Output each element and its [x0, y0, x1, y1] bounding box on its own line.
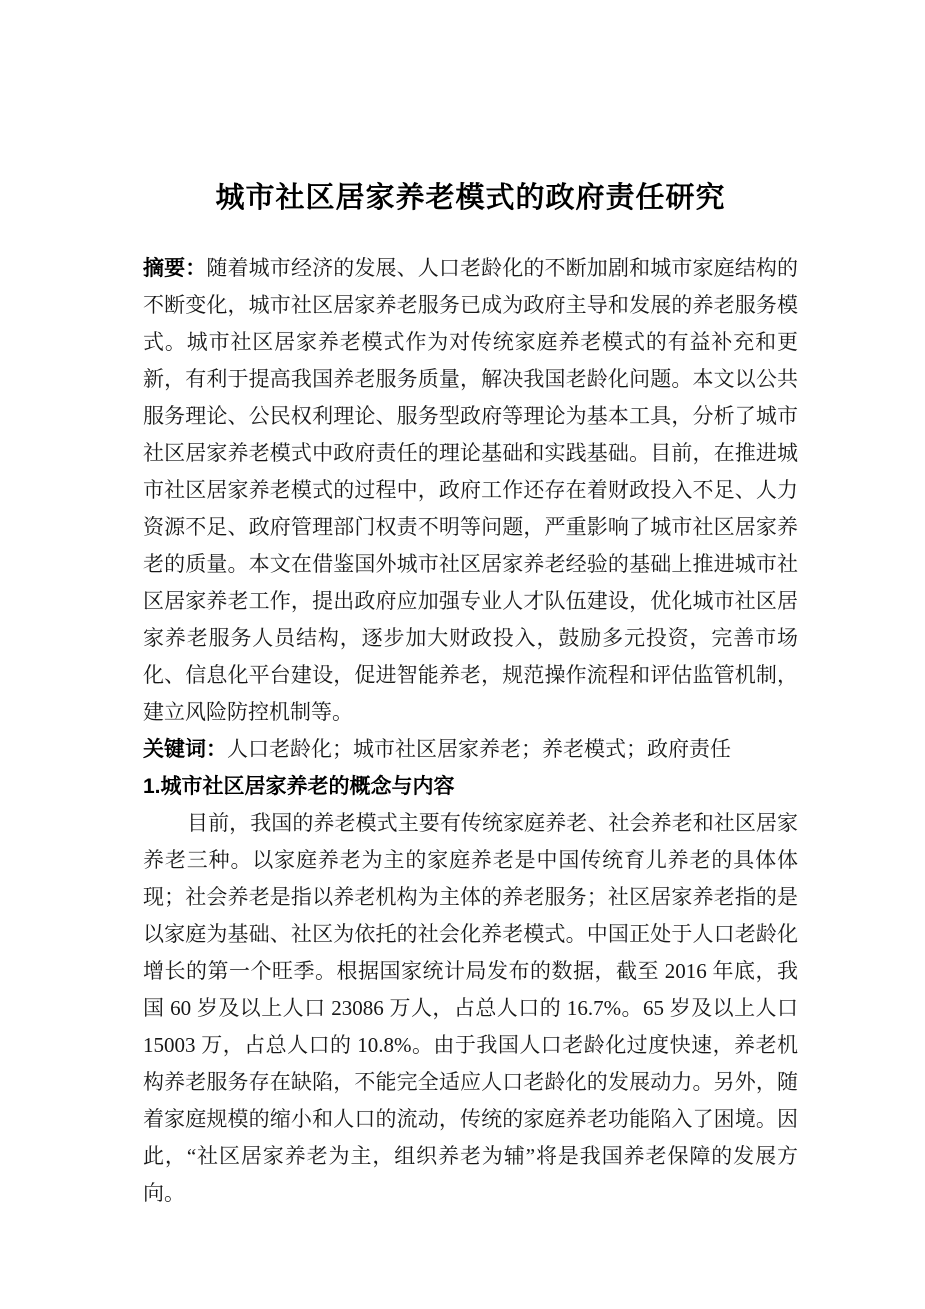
keywords-paragraph: 关键词：人口老龄化；城市社区居家养老；养老模式；政府责任	[143, 731, 798, 768]
section-1-heading: 1.城市社区居家养老的概念与内容	[143, 768, 798, 805]
document-page: 城市社区居家养老模式的政府责任研究 摘要：随着城市经济的发展、人口老龄化的不断加…	[0, 0, 925, 1309]
keywords-text: 人口老龄化；城市社区居家养老；养老模式；政府责任	[227, 737, 731, 761]
abstract-text: 随着城市经济的发展、人口老龄化的不断加剧和城市家庭结构的不断变化，城市社区居家养…	[143, 256, 798, 724]
paper-title: 城市社区居家养老模式的政府责任研究	[143, 0, 798, 220]
abstract-label: 摘要：	[143, 257, 206, 280]
section-1-paragraph: 目前，我国的养老模式主要有传统家庭养老、社会养老和社区居家养老三种。以家庭养老为…	[143, 805, 798, 1212]
text-block: 城市社区居家养老模式的政府责任研究 摘要：随着城市经济的发展、人口老龄化的不断加…	[143, 0, 798, 1212]
abstract-paragraph: 摘要：随着城市经济的发展、人口老龄化的不断加剧和城市家庭结构的不断变化，城市社区…	[143, 250, 798, 731]
keywords-label: 关键词：	[143, 738, 227, 761]
